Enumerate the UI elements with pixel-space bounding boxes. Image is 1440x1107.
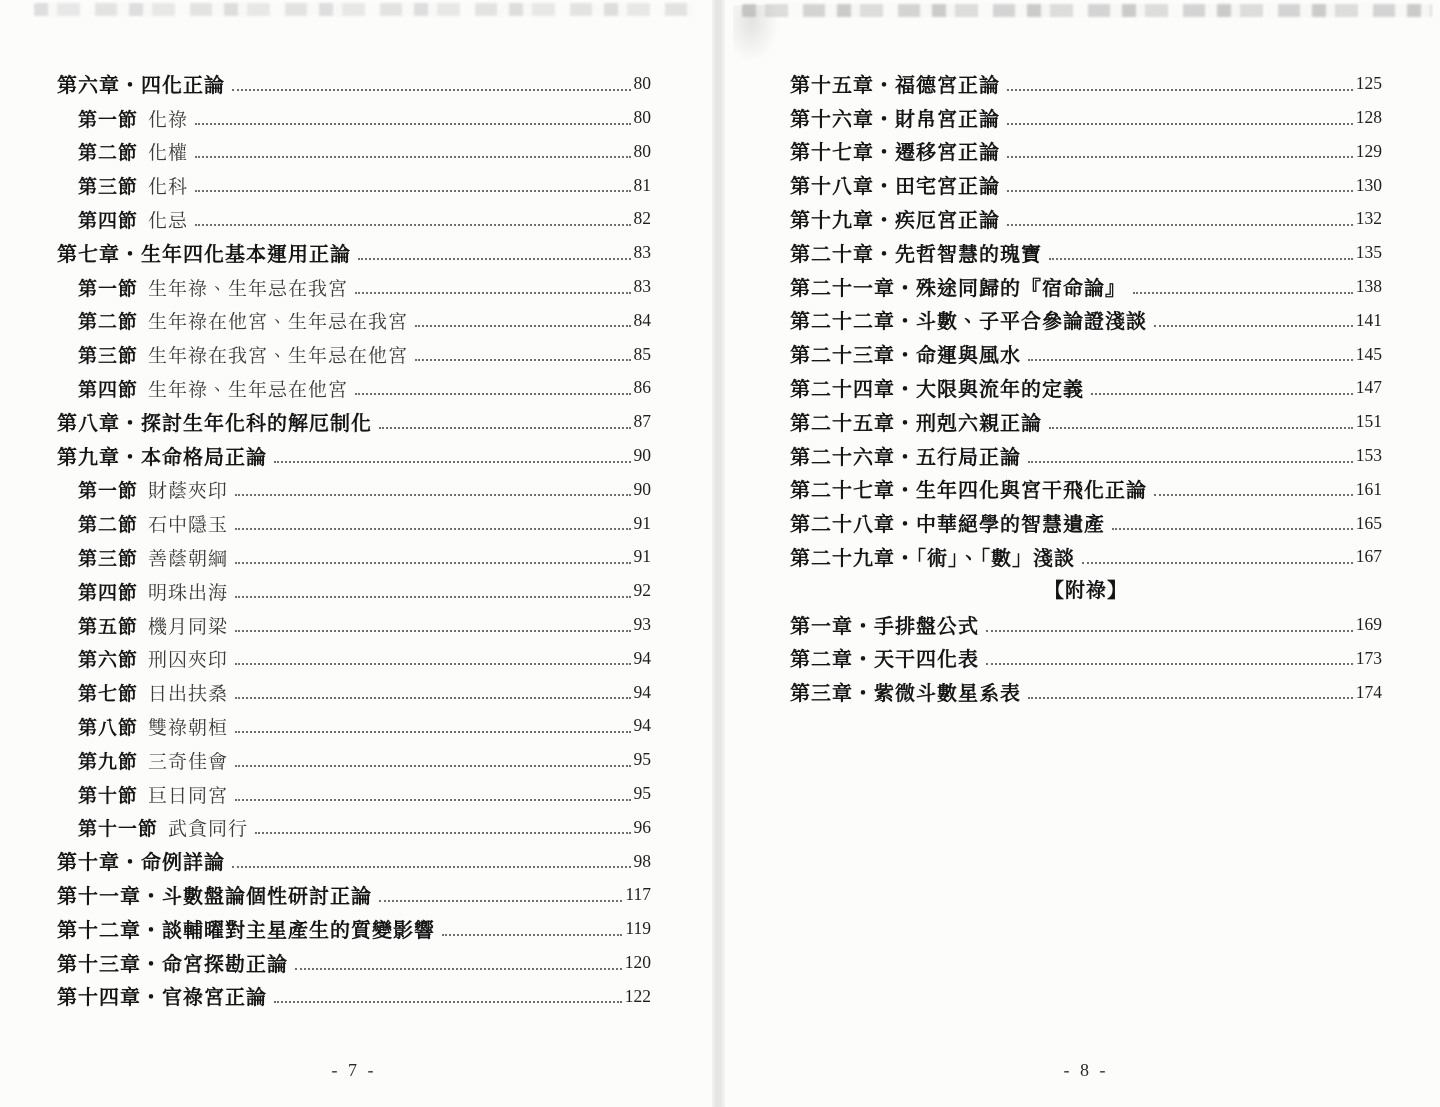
entry-page-number: 95 (634, 751, 652, 769)
leader-dots (1049, 258, 1353, 260)
entry-page-number: 87 (634, 413, 652, 431)
entry-page-number: 153 (1356, 447, 1382, 465)
leader-dots (415, 359, 630, 361)
entry-label: 第九章・本命格局正論 (57, 448, 267, 468)
toc-entry: 第十二章・談輔曜對主星產生的質變影響 119 (57, 907, 651, 941)
toc-entry: 第二十四章・大限與流年的定義 147 (790, 366, 1382, 400)
entry-label: 第十九章・疾厄宮正論 (790, 211, 1000, 231)
toc-entry: 第二十六章・五行局正論 153 (790, 434, 1382, 468)
entry-label: 第十二章・談輔曜對主星產生的質變影響 (57, 921, 435, 941)
entry-title: 機月同梁 (148, 617, 228, 638)
entry-label: 第六節刑囚夾印 (78, 651, 228, 670)
toc-page-right: 第十五章・福德宮正論 125 第十六章・財帛宮正論 128 第十七章・遷移宮正論… (790, 62, 1382, 704)
entry-label: 第九節三奇佳會 (78, 753, 228, 772)
entry-page-number: 94 (634, 650, 652, 668)
toc-entry: 第二節石中隱玉 91 (57, 501, 651, 535)
entry-number: 第十三章・命宮探勘正論 (57, 954, 288, 976)
toc-entry: 第一節化祿 80 (57, 96, 651, 130)
entry-number: 第一節 (78, 481, 138, 502)
entry-number: 第九節 (78, 752, 138, 773)
entry-number: 第二十八章・中華絕學的智慧遺產 (790, 514, 1105, 536)
leader-dots (1154, 494, 1353, 496)
leader-dots (1007, 89, 1353, 91)
entry-title: 化權 (148, 143, 188, 164)
entry-page-number: 120 (625, 954, 651, 972)
entry-number: 第四節 (78, 380, 138, 401)
entry-number: 第九章・本命格局正論 (57, 447, 267, 469)
leader-dots (1112, 528, 1353, 530)
entry-label: 第三節善蔭朝綱 (78, 550, 228, 569)
entry-number: 第十九章・疾厄宮正論 (790, 210, 1000, 232)
entry-page-number: 82 (634, 210, 652, 228)
leader-dots (235, 731, 630, 733)
entry-label: 第一節財蔭夾印 (78, 482, 228, 501)
entry-page-number: 169 (1356, 616, 1382, 634)
entry-page-number: 167 (1356, 548, 1382, 566)
entry-number: 第一節 (78, 279, 138, 300)
entry-number: 第四節 (78, 211, 138, 232)
entry-page-number: 91 (634, 515, 652, 533)
entry-number: 第十二章・談輔曜對主星產生的質變影響 (57, 920, 435, 942)
toc-entry: 第十八章・田宅宮正論 130 (790, 163, 1382, 197)
entry-number: 第十六章・財帛宮正論 (790, 109, 1000, 131)
entry-number: 第三章・紫微斗數星系表 (790, 683, 1021, 705)
toc-entry: 第十七章・遷移宮正論 129 (790, 130, 1382, 164)
toc-entry: 第十三章・命宮探勘正論 120 (57, 941, 651, 975)
toc-entry: 第十一節武貪同行 96 (57, 806, 651, 840)
toc-entry: 第二十八章・中華絕學的智慧遺產 165 (790, 501, 1382, 535)
leader-dots (415, 325, 630, 327)
entry-label: 第十節巨日同宮 (78, 787, 228, 806)
entry-label: 第二章・天干四化表 (790, 650, 979, 670)
entry-number: 第二章・天干四化表 (790, 649, 979, 671)
entry-page-number: 90 (634, 447, 652, 465)
entry-label: 第十三章・命宮探勘正論 (57, 955, 288, 975)
entry-page-number: 145 (1356, 346, 1382, 364)
entry-number: 第六節 (78, 650, 138, 671)
entry-title: 生年祿在他宮、生年忌在我宮 (148, 312, 408, 333)
leader-dots (986, 663, 1353, 665)
entry-number: 第二十章・先哲智慧的瑰寶 (790, 244, 1042, 266)
toc-entry: 第九節三奇佳會 95 (57, 738, 651, 772)
leader-dots (195, 190, 630, 192)
toc-entry: 第七章・生年四化基本運用正論 83 (57, 231, 651, 265)
scan-artifact-top-right (742, 4, 1432, 17)
entry-label: 第十四章・官祿宮正論 (57, 988, 267, 1008)
leader-dots (232, 89, 631, 91)
leader-dots (274, 1001, 622, 1003)
leader-dots (255, 832, 630, 834)
toc-entry: 第二十九章・「術」、「數」淺談 167 (790, 535, 1382, 569)
entry-label: 第二十章・先哲智慧的瑰寶 (790, 245, 1042, 265)
entry-label: 第一節化祿 (78, 111, 188, 130)
entry-number: 第二十二章・斗數、子平合參論證淺談 (790, 311, 1147, 333)
entry-number: 第二十七章・生年四化與宮干飛化正論 (790, 480, 1147, 502)
toc-list-left: 第六章・四化正論 80 第一節化祿 80 第二節化權 80 第三節化科 81 第… (57, 62, 651, 1008)
leader-dots (355, 393, 630, 395)
toc-entry: 第二十三章・命運與風水 145 (790, 332, 1382, 366)
entry-label: 第三節生年祿在我宮、生年忌在他宮 (78, 347, 408, 366)
toc-entry: 第二十一章・殊途同歸的『宿命論』 138 (790, 265, 1382, 299)
entry-label: 第七節日出扶桑 (78, 685, 228, 704)
entry-title: 化科 (148, 177, 188, 198)
entry-page-number: 86 (634, 379, 652, 397)
entry-number: 第二十六章・五行局正論 (790, 447, 1021, 469)
entry-page-number: 83 (634, 278, 652, 296)
entry-page-number: 96 (634, 819, 652, 837)
toc-entry: 第十五章・福德宮正論 125 (790, 62, 1382, 96)
entry-label: 第二十九章・「術」、「數」淺談 (790, 549, 1075, 569)
entry-title: 三奇佳會 (148, 752, 228, 773)
toc-entry: 第十九章・疾厄宮正論 132 (790, 197, 1382, 231)
toc-entry: 第三節化科 81 (57, 163, 651, 197)
toc-entry: 第四節化忌 82 (57, 197, 651, 231)
entry-label: 第二十五章・刑剋六親正論 (790, 414, 1042, 434)
entry-number: 第二節 (78, 312, 138, 333)
leader-dots (235, 494, 630, 496)
toc-entry: 第二節生年祿在他宮、生年忌在我宮 84 (57, 299, 651, 333)
leader-dots (235, 528, 630, 530)
entry-label: 第七章・生年四化基本運用正論 (57, 245, 351, 265)
entry-number: 第二節 (78, 143, 138, 164)
entry-title: 雙祿朝桓 (148, 718, 228, 739)
entry-page-number: 129 (1356, 143, 1382, 161)
entry-number: 第八章・探討生年化科的解厄制化 (57, 413, 372, 435)
entry-title: 化祿 (148, 110, 188, 131)
entry-page-number: 147 (1356, 379, 1382, 397)
entry-number: 第十節 (78, 786, 138, 807)
leader-dots (358, 258, 631, 260)
entry-title: 武貪同行 (168, 819, 248, 840)
entry-label: 第二十四章・大限與流年的定義 (790, 380, 1084, 400)
entry-number: 第十四章・官祿宮正論 (57, 987, 267, 1009)
entry-title: 生年祿、生年忌在他宮 (148, 380, 348, 401)
toc-entry: 第三章・紫微斗數星系表 174 (790, 670, 1382, 704)
entry-label: 第二十三章・命運與風水 (790, 346, 1021, 366)
entry-number: 第七節 (78, 684, 138, 705)
entry-label: 第二十八章・中華絕學的智慧遺產 (790, 515, 1105, 535)
entry-page-number: 80 (634, 75, 652, 93)
toc-entry: 第六節刑囚夾印 94 (57, 637, 651, 671)
toc-entry: 第八章・探討生年化科的解厄制化 87 (57, 400, 651, 434)
entry-label: 第三章・紫微斗數星系表 (790, 684, 1021, 704)
leader-dots (1082, 562, 1353, 564)
leader-dots (195, 156, 630, 158)
entry-title: 化忌 (148, 211, 188, 232)
toc-entry: 第十章・命例詳論 98 (57, 839, 651, 873)
leader-dots (274, 461, 631, 463)
leader-dots (1007, 224, 1353, 226)
leader-dots (1007, 156, 1353, 158)
entry-number: 第七章・生年四化基本運用正論 (57, 244, 351, 266)
entry-page-number: 94 (634, 717, 652, 735)
leader-dots (986, 630, 1353, 632)
leader-dots (442, 934, 622, 936)
entry-page-number: 84 (634, 312, 652, 330)
leader-dots (235, 799, 630, 801)
toc-entry: 第一章・手排盤公式 169 (790, 603, 1382, 637)
entry-page-number: 151 (1356, 413, 1382, 431)
entry-page-number: 141 (1356, 312, 1382, 330)
entry-page-number: 135 (1356, 244, 1382, 262)
toc-entry: 第五節機月同梁 93 (57, 603, 651, 637)
entry-title: 日出扶桑 (148, 684, 228, 705)
entry-label: 第十七章・遷移宮正論 (790, 143, 1000, 163)
leader-dots (195, 123, 630, 125)
entry-label: 第十一節武貪同行 (78, 820, 248, 839)
entry-page-number: 122 (625, 988, 651, 1006)
entry-page-number: 119 (625, 920, 651, 938)
entry-number: 第二十一章・殊途同歸的『宿命論』 (790, 278, 1126, 300)
scan-smudge (733, 5, 779, 63)
toc-entry: 第六章・四化正論 80 (57, 62, 651, 96)
entry-number: 第十章・命例詳論 (57, 852, 225, 874)
toc-entry: 第七節日出扶桑 94 (57, 670, 651, 704)
leader-dots (379, 900, 622, 902)
leader-dots (235, 596, 630, 598)
entry-number: 第十八章・田宅宮正論 (790, 176, 1000, 198)
entry-title: 刑囚夾印 (148, 650, 228, 671)
leader-dots (295, 968, 622, 970)
toc-entry: 第八節雙祿朝桓 94 (57, 704, 651, 738)
entry-number: 第十一章・斗數盤論個性研討正論 (57, 886, 372, 908)
toc-entry: 第二章・天干四化表 173 (790, 637, 1382, 671)
leader-dots (1091, 393, 1353, 395)
toc-entry: 第一節財蔭夾印 90 (57, 468, 651, 502)
toc-entry: 第三節善蔭朝綱 91 (57, 535, 651, 569)
entry-number: 第二節 (78, 515, 138, 536)
entry-page-number: 93 (634, 616, 652, 634)
entry-page-number: 173 (1356, 650, 1382, 668)
entry-label: 第二節石中隱玉 (78, 516, 228, 535)
leader-dots (1133, 292, 1353, 294)
entry-title: 善蔭朝綱 (148, 549, 228, 570)
entry-label: 第三節化科 (78, 178, 188, 197)
entry-label: 第十六章・財帛宮正論 (790, 110, 1000, 130)
entry-page-number: 161 (1356, 481, 1382, 499)
entry-number: 第二十四章・大限與流年的定義 (790, 379, 1084, 401)
entry-label: 第四節化忌 (78, 212, 188, 231)
entry-label: 第四節明珠出海 (78, 584, 228, 603)
page-number-left: - 7 - (57, 1060, 651, 1081)
entry-label: 第一節生年祿、生年忌在我宮 (78, 280, 348, 299)
leader-dots (235, 663, 630, 665)
toc-entry: 第二十二章・斗數、子平合參論證淺談 141 (790, 299, 1382, 333)
entry-title: 石中隱玉 (148, 515, 228, 536)
entry-number: 第二十五章・刑剋六親正論 (790, 413, 1042, 435)
toc-list-right: 第十五章・福德宮正論 125 第十六章・財帛宮正論 128 第十七章・遷移宮正論… (790, 62, 1382, 704)
entry-page-number: 128 (1356, 109, 1382, 127)
entry-number: 第一章・手排盤公式 (790, 616, 979, 638)
entry-label: 第二十一章・殊途同歸的『宿命論』 (790, 279, 1126, 299)
entry-number: 第三節 (78, 549, 138, 570)
entry-page-number: 92 (634, 582, 652, 600)
entry-label: 第一章・手排盤公式 (790, 617, 979, 637)
toc-entry: 第十一章・斗數盤論個性研討正論 117 (57, 873, 651, 907)
entry-page-number: 80 (634, 109, 652, 127)
leader-dots (235, 765, 630, 767)
entry-page-number: 91 (634, 548, 652, 566)
toc-entry: 第十六章・財帛宮正論 128 (790, 96, 1382, 130)
entry-label: 第十一章・斗數盤論個性研討正論 (57, 887, 372, 907)
entry-label: 第六章・四化正論 (57, 76, 225, 96)
entry-label: 第八章・探討生年化科的解厄制化 (57, 414, 372, 434)
entry-title: 生年祿在我宮、生年忌在他宮 (148, 346, 408, 367)
entry-label: 第二十六章・五行局正論 (790, 448, 1021, 468)
leader-dots (1028, 461, 1353, 463)
toc-entry: 第二節化權 80 (57, 130, 651, 164)
page-number-right: - 8 - (790, 1060, 1382, 1081)
leader-dots (235, 697, 630, 699)
entry-label: 第四節生年祿、生年忌在他宮 (78, 381, 348, 400)
entry-page-number: 94 (634, 684, 652, 702)
toc-entry: 第一節生年祿、生年忌在我宮 83 (57, 265, 651, 299)
entry-title: 明珠出海 (148, 583, 228, 604)
entry-page-number: 125 (1356, 75, 1382, 93)
entry-page-number: 83 (634, 244, 652, 262)
entry-title: 財蔭夾印 (148, 481, 228, 502)
entry-page-number: 165 (1356, 515, 1382, 533)
toc-entry: 第四節明珠出海 92 (57, 569, 651, 603)
entry-label: 第十章・命例詳論 (57, 853, 225, 873)
entry-number: 第五節 (78, 617, 138, 638)
leader-dots (1028, 697, 1353, 699)
entry-number: 第十七章・遷移宮正論 (790, 142, 1000, 164)
entry-number: 第十一節 (78, 819, 158, 840)
entry-page-number: 138 (1356, 278, 1382, 296)
toc-entry: 第二十章・先哲智慧的瑰寶 135 (790, 231, 1382, 265)
leader-dots (232, 866, 631, 868)
entry-number: 第十五章・福德宮正論 (790, 75, 1000, 97)
toc-page-left: 第六章・四化正論 80 第一節化祿 80 第二節化權 80 第三節化科 81 第… (57, 62, 651, 1008)
entry-label: 第八節雙祿朝桓 (78, 719, 228, 738)
entry-label: 第二十七章・生年四化與宮干飛化正論 (790, 481, 1147, 501)
leader-dots (235, 562, 630, 564)
entry-number: 第八節 (78, 718, 138, 739)
leader-dots (355, 292, 630, 294)
entry-number: 第六章・四化正論 (57, 75, 225, 97)
toc-entry: 第二十五章・刑剋六親正論 151 (790, 400, 1382, 434)
entry-number: 第二十九章・「術」、「數」淺談 (790, 548, 1075, 570)
leader-dots (195, 224, 630, 226)
entry-page-number: 81 (634, 177, 652, 195)
entry-page-number: 80 (634, 143, 652, 161)
entry-label: 第五節機月同梁 (78, 618, 228, 637)
toc-entry: 第十四章・官祿宮正論 122 (57, 975, 651, 1009)
entry-title: 生年祿、生年忌在我宮 (148, 279, 348, 300)
leader-dots (1007, 123, 1353, 125)
leader-dots (1154, 325, 1353, 327)
entry-page-number: 95 (634, 785, 652, 803)
toc-entry: 第三節生年祿在我宮、生年忌在他宮 85 (57, 332, 651, 366)
entry-number: 第二十三章・命運與風水 (790, 345, 1021, 367)
entry-page-number: 117 (625, 886, 651, 904)
page-gutter (712, 0, 725, 1107)
entry-label: 第十五章・福德宮正論 (790, 76, 1000, 96)
toc-entry: 第四節生年祿、生年忌在他宮 86 (57, 366, 651, 400)
leader-dots (235, 630, 630, 632)
toc-entry: 第九章・本命格局正論 90 (57, 434, 651, 468)
entry-number: 第三節 (78, 177, 138, 198)
leader-dots (379, 427, 631, 429)
leader-dots (1049, 427, 1353, 429)
toc-entry: 第十節巨日同宮 95 (57, 772, 651, 806)
appendix-heading: 【附祿】 (790, 569, 1382, 603)
entry-label: 第二十二章・斗數、子平合參論證淺談 (790, 312, 1147, 332)
toc-entry: 第二十七章・生年四化與宮干飛化正論 161 (790, 468, 1382, 502)
entry-label: 第二節化權 (78, 144, 188, 163)
entry-page-number: 130 (1356, 177, 1382, 195)
entry-label: 第二節生年祿在他宮、生年忌在我宮 (78, 313, 408, 332)
leader-dots (1007, 190, 1353, 192)
entry-number: 第四節 (78, 583, 138, 604)
entry-label: 第十八章・田宅宮正論 (790, 177, 1000, 197)
entry-number: 第三節 (78, 346, 138, 367)
entry-page-number: 132 (1356, 210, 1382, 228)
entry-page-number: 85 (634, 346, 652, 364)
entry-title: 巨日同宮 (148, 786, 228, 807)
entry-page-number: 90 (634, 481, 652, 499)
leader-dots (1028, 359, 1353, 361)
scan-artifact-top-left (34, 3, 694, 16)
entry-page-number: 98 (634, 853, 652, 871)
entry-number: 第一節 (78, 110, 138, 131)
entry-page-number: 174 (1356, 684, 1382, 702)
